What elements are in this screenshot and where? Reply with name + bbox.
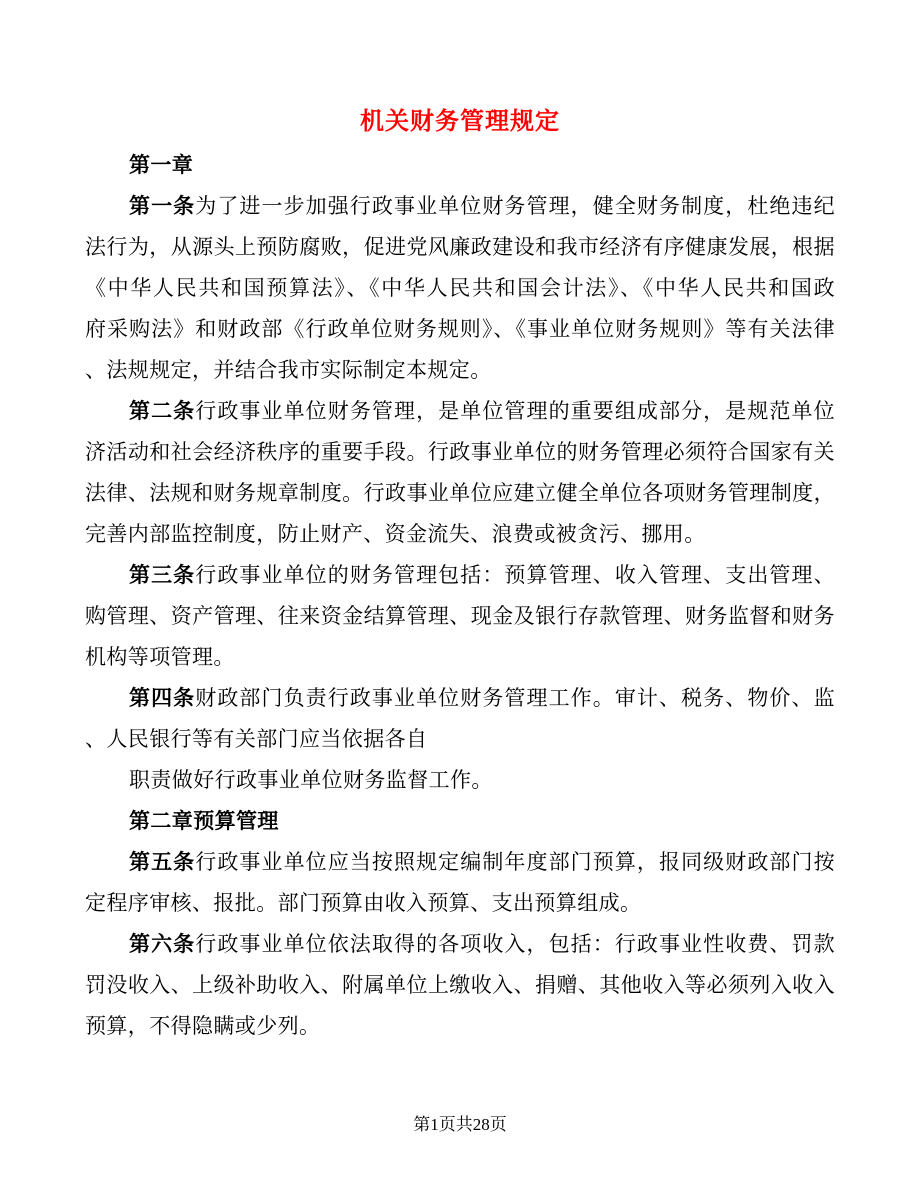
section-heading: 第一章 — [85, 145, 835, 186]
text-line: 机构等项管理。 — [85, 637, 835, 678]
text-line: 、法规规定，并结合我市实际制定本规定。 — [85, 350, 835, 391]
text-line: 第六条行政事业单位依法取得的各项收入，包括：行政事业性收费、罚款和 — [85, 924, 835, 965]
text-line: 购管理、资产管理、往来资金结算管理、现金及银行存款管理、财务监督和财务 — [85, 596, 835, 637]
text-line: 、人民银行等有关部门应当依据各自 — [85, 719, 835, 760]
text-line: 第四条财政部门负责行政事业单位财务管理工作。审计、税务、物价、监察 — [85, 678, 835, 719]
article-number: 第一条 — [129, 194, 195, 218]
text-line: 预算，不得隐瞒或少列。 — [85, 1006, 835, 1047]
text-line: 第一条为了进一步加强行政事业单位财务管理，健全财务制度，杜绝违纪违 — [85, 186, 835, 227]
text-line: 法律、法规和财务规章制度。行政事业单位应建立健全单位各项财务管理制度， — [85, 473, 835, 514]
article-number: 第三条 — [129, 563, 195, 587]
text-line: 定程序审核、报批。部门预算由收入预算、支出预算组成。 — [85, 883, 835, 924]
article-text: 行政事业单位依法取得的各项收入，包括：行政事业性收费、罚款和 — [85, 932, 835, 965]
text-line: 第二条行政事业单位财务管理，是单位管理的重要组成部分，是规范单位经 — [85, 391, 835, 432]
text-line: 府采购法》和财政部《行政单位财务规则》、《事业单位财务规则》等有关法律 — [85, 309, 835, 350]
text-line: 罚没收入、上级补助收入、附属单位上缴收入、捐赠、其他收入等必须列入收入 — [85, 965, 835, 1006]
text-line: 职责做好行政事业单位财务监督工作。 — [85, 760, 835, 801]
document-page: 机关财务管理规定 第一章第一条为了进一步加强行政事业单位财务管理，健全财务制度，… — [0, 0, 920, 1191]
document-title: 机关财务管理规定 — [0, 0, 920, 141]
article-number: 第四条 — [129, 686, 195, 710]
article-text: 行政事业单位的财务管理包括：预算管理、收入管理、支出管理、采 — [85, 563, 835, 596]
article-number: 第二条 — [129, 399, 195, 423]
text-line: 完善内部监控制度，防止财产、资金流失、浪费或被贪污、挪用。 — [85, 514, 835, 555]
article-number: 第五条 — [129, 850, 195, 874]
text-line: 法行为，从源头上预防腐败，促进党风廉政建设和我市经济有序健康发展，根据 — [85, 227, 835, 268]
section-heading: 第二章预算管理 — [85, 801, 835, 842]
article-text: 为了进一步加强行政事业单位财务管理，健全财务制度，杜绝违纪违 — [85, 194, 835, 227]
page-number: 第1页共28页 — [0, 1108, 920, 1142]
text-line: 第三条行政事业单位的财务管理包括：预算管理、收入管理、支出管理、采 — [85, 555, 835, 596]
text-line: 第五条行政事业单位应当按照规定编制年度部门预算，报同级财政部门按法 — [85, 842, 835, 883]
article-text: 行政事业单位应当按照规定编制年度部门预算，报同级财政部门按法 — [85, 850, 835, 883]
article-text: 行政事业单位财务管理，是单位管理的重要组成部分，是规范单位经 — [85, 399, 835, 432]
article-number: 第六条 — [129, 932, 195, 956]
text-line: 济活动和社会经济秩序的重要手段。行政事业单位的财务管理必须符合国家有关 — [85, 432, 835, 473]
text-line: 《中华人民共和国预算法》、《中华人民共和国会计法》、《中华人民共和国政 — [85, 268, 835, 309]
document-body: 第一章第一条为了进一步加强行政事业单位财务管理，健全财务制度，杜绝违纪违法行为，… — [85, 145, 835, 1047]
article-text: 财政部门负责行政事业单位财务管理工作。审计、税务、物价、监察 — [85, 686, 835, 719]
